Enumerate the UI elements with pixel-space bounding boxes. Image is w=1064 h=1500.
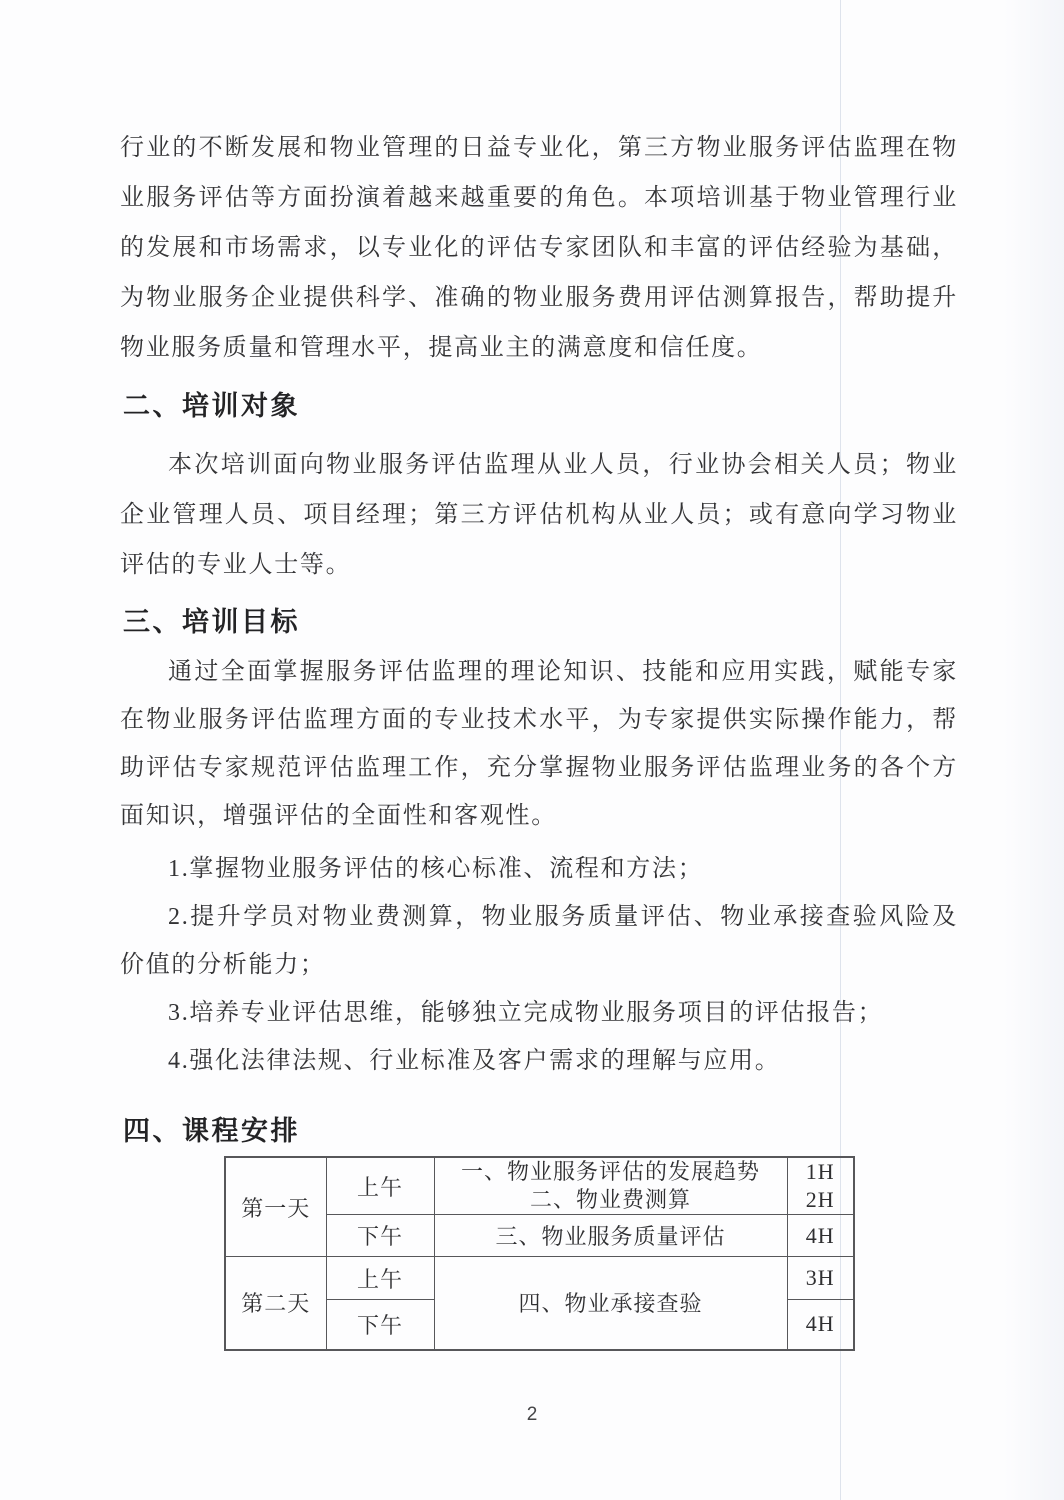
paragraph-line: 行业的不断发展和物业管理的日益专业化，第三方物业服务评估监理在物 xyxy=(120,123,958,173)
intro-paragraph: 行业的不断发展和物业管理的日益专业化，第三方物业服务评估监理在物 业服务评估等方… xyxy=(120,123,958,373)
goal-item-1: 1.掌握物业服务评估的核心标准、流程和方法； xyxy=(120,845,958,893)
table-row: 第二天 上午 四、物业承接查验 3H xyxy=(225,1257,854,1300)
cell-day2-pm: 下午 xyxy=(326,1300,434,1350)
paragraph-line: 面知识，增强评估的全面性和客观性。 xyxy=(120,792,958,840)
goals-paragraph: 通过全面掌握服务评估监理的理论知识、技能和应用实践，赋能专家 在物业服务评估监理… xyxy=(120,648,958,840)
cell-day2-am: 上午 xyxy=(326,1257,434,1300)
cell-day1-am: 上午 xyxy=(326,1157,434,1215)
cell-day2-course: 四、物业承接查验 xyxy=(434,1257,787,1350)
goal-item-4: 4.强化法律法规、行业标准及客户需求的理解与应用。 xyxy=(120,1037,958,1085)
paragraph-line: 在物业服务评估监理方面的专业技术水平，为专家提供实际操作能力，帮 xyxy=(120,696,958,744)
document-page: 行业的不断发展和物业管理的日益专业化，第三方物业服务评估监理在物 业服务评估等方… xyxy=(0,0,1064,1500)
paragraph-line: 评估的专业人士等。 xyxy=(120,540,958,590)
cell-day2-pm-hours: 4H xyxy=(787,1300,854,1350)
course-schedule-table-wrapper: 第一天 上午 一、物业服务评估的发展趋势 二、物业费测算 1H 2H 下午 三、… xyxy=(224,1156,855,1351)
paragraph-line: 业服务评估等方面扮演着越来越重要的角色。本项培训基于物业管理行业 xyxy=(120,173,958,223)
cell-day1: 第一天 xyxy=(225,1157,326,1257)
goal-item-2-continued: 价值的分析能力； xyxy=(120,941,958,989)
cell-day1-am-hours: 1H 2H xyxy=(787,1157,854,1215)
goals-list: 1.掌握物业服务评估的核心标准、流程和方法； 2.提升学员对物业费测算，物业服务… xyxy=(120,845,958,1085)
cell-day2-am-hours: 3H xyxy=(787,1257,854,1300)
cell-day1-pm: 下午 xyxy=(326,1215,434,1257)
goal-item-3: 3.培养专业评估思维，能够独立完成物业服务项目的评估报告； xyxy=(120,989,958,1037)
cell-day1-pm-course: 三、物业服务质量评估 xyxy=(434,1215,787,1257)
page-number: 2 xyxy=(0,1396,1064,1434)
section-heading-goals: 三、培训目标 xyxy=(123,603,961,641)
paragraph-line: 为物业服务企业提供科学、准确的物业服务费用评估测算报告，帮助提升 xyxy=(120,273,958,323)
paragraph-line: 企业管理人员、项目经理；第三方评估机构从业人员；或有意向学习物业 xyxy=(120,490,958,540)
section-heading-audience: 二、培训对象 xyxy=(123,387,961,425)
table-row: 第一天 上午 一、物业服务评估的发展趋势 二、物业费测算 1H 2H xyxy=(225,1157,854,1215)
paragraph-line: 本次培训面向物业服务评估监理从业人员，行业协会相关人员；物业 xyxy=(120,440,958,490)
audience-paragraph: 本次培训面向物业服务评估监理从业人员，行业协会相关人员；物业 企业管理人员、项目… xyxy=(120,440,958,590)
course-item: 一、物业服务评估的发展趋势 xyxy=(435,1158,787,1186)
goal-item-2: 2.提升学员对物业费测算，物业服务质量评估、物业承接查验风险及 xyxy=(120,893,958,941)
course-schedule-table: 第一天 上午 一、物业服务评估的发展趋势 二、物业费测算 1H 2H 下午 三、… xyxy=(224,1156,855,1351)
paragraph-line: 通过全面掌握服务评估监理的理论知识、技能和应用实践，赋能专家 xyxy=(120,648,958,696)
section-heading-schedule: 四、课程安排 xyxy=(123,1112,961,1150)
course-item: 二、物业费测算 xyxy=(435,1186,787,1214)
paragraph-line: 助评估专家规范评估监理工作，充分掌握物业服务评估监理业务的各个方 xyxy=(120,744,958,792)
cell-day2: 第二天 xyxy=(225,1257,326,1350)
hours-value: 2H xyxy=(788,1186,854,1214)
cell-day1-am-courses: 一、物业服务评估的发展趋势 二、物业费测算 xyxy=(434,1157,787,1215)
paragraph-line: 物业服务质量和管理水平，提高业主的满意度和信任度。 xyxy=(120,323,958,373)
hours-value: 1H xyxy=(788,1158,854,1186)
page-edge-shadow xyxy=(1004,0,1064,1500)
cell-day1-pm-hours: 4H xyxy=(787,1215,854,1257)
paragraph-line: 的发展和市场需求，以专业化的评估专家团队和丰富的评估经验为基础， xyxy=(120,223,958,273)
